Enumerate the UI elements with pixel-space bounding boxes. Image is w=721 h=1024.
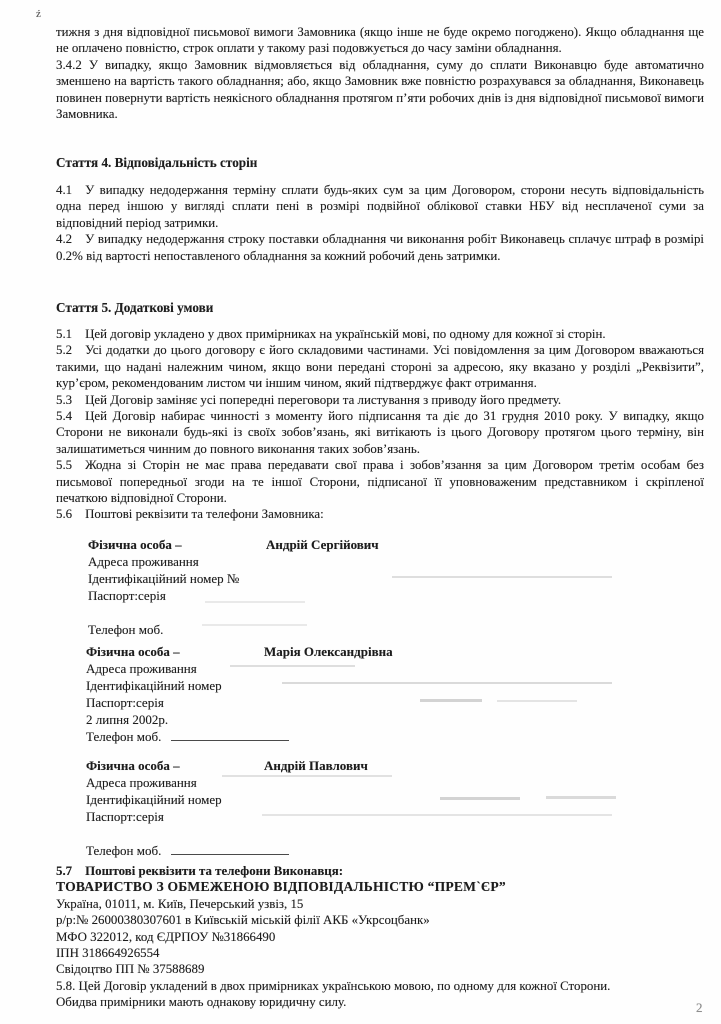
person-name: Андрій Павлович bbox=[264, 758, 368, 773]
contractor-mfo-edrpou: МФО 322012, код ЄДРПОУ №31866490 bbox=[56, 929, 704, 945]
person-header: Фізична особа –Марія Олександрівна bbox=[86, 643, 676, 660]
clause-number: 5.7 bbox=[56, 864, 72, 878]
redaction-smudge bbox=[262, 814, 612, 816]
person-address-label: Адреса проживання bbox=[86, 660, 676, 677]
redaction-smudge bbox=[546, 796, 616, 799]
customer-individual-3: Фізична особа –Андрій Павлович Адреса пр… bbox=[86, 757, 676, 859]
contractor-company-name: ТОВАРИСТВО З ОБМЕЖЕНОЮ ВІДПОВІДАЛЬНІСТЮ … bbox=[56, 879, 704, 895]
clause-number: 5.4 bbox=[56, 409, 72, 423]
person-header: Фізична особа –Андрій Сергійович bbox=[88, 536, 678, 553]
scanned-contract-page-2: ź тижня з дня відповідної письмової вимо… bbox=[0, 0, 721, 1024]
redaction-smudge bbox=[440, 797, 520, 800]
page-number: 2 bbox=[696, 1000, 703, 1016]
contractor-address: Україна, 01011, м. Київ, Печерський узві… bbox=[56, 896, 704, 912]
redaction-smudge bbox=[222, 775, 392, 777]
clause-text: Поштові реквізити та телефони Замовника: bbox=[85, 507, 324, 521]
redaction-smudge bbox=[205, 601, 305, 603]
person-phone-label: Телефон моб. bbox=[86, 843, 161, 858]
clause-5-5: 5.5Жодна зі Сторін не має права передава… bbox=[56, 457, 704, 506]
clause-text: Поштові реквізити та телефони Виконавця: bbox=[85, 864, 343, 878]
clause-4-2: 4.2У випадку недодержання строку поставк… bbox=[56, 231, 704, 264]
contractor-requisites: 5.7Поштові реквізити та телефони Виконав… bbox=[56, 863, 704, 1011]
redaction-smudge bbox=[392, 576, 612, 578]
person-phone-label: Телефон моб. bbox=[88, 622, 163, 637]
contractor-certificate: Свідоцтво ПП № 37588689 bbox=[56, 961, 704, 977]
contractor-bank-account: р/р:№ 26000380307601 в Київській міській… bbox=[56, 912, 704, 928]
article-4-heading: Стаття 4. Відповідальність сторін bbox=[56, 154, 257, 171]
clause-number: 5.1 bbox=[56, 327, 72, 341]
clause-number: 5.3 bbox=[56, 393, 72, 407]
person-header: Фізична особа –Андрій Павлович bbox=[86, 757, 676, 774]
article-4-body: 4.1У випадку недодержання терміну сплати… bbox=[56, 182, 704, 264]
clause-number: 4.2 bbox=[56, 232, 72, 246]
person-idnumber-label: Ідентифікаційний номер № bbox=[88, 570, 678, 587]
redaction-smudge bbox=[230, 665, 355, 667]
contractor-ipn: ІПН 318664926554 bbox=[56, 945, 704, 961]
clause-text: Цей договір укладено у двох примірниках … bbox=[85, 327, 606, 341]
person-idnumber-label: Ідентифікаційний номер bbox=[86, 791, 676, 808]
clause-text: У випадку недодержання строку поставки о… bbox=[56, 232, 704, 262]
article-5-body: 5.1Цей договір укладено у двох примірник… bbox=[56, 326, 704, 523]
clause-number: 5.6 bbox=[56, 507, 72, 521]
clause-text: Цей Договір набирає чинності з моменту й… bbox=[56, 409, 704, 456]
person-type-label: Фізична особа – bbox=[86, 643, 264, 660]
clause-text: Жодна зі Сторін не має права передавати … bbox=[56, 458, 704, 505]
clause-5-4: 5.4Цей Договір набирає чинності з момент… bbox=[56, 408, 704, 457]
person-idnumber-label: Ідентифікаційний номер bbox=[86, 677, 676, 694]
article-5-heading: Стаття 5. Додаткові умови bbox=[56, 299, 213, 316]
person-phone-label: Телефон моб. bbox=[86, 729, 161, 744]
clause-4-1: 4.1У випадку недодержання терміну сплати… bbox=[56, 182, 704, 231]
clause-text: Усі додатки до цього договору є його скл… bbox=[56, 343, 704, 390]
clause-5-8: 5.8. Цей Договір укладений в двох примір… bbox=[56, 978, 648, 1011]
person-phone-row: Телефон моб. bbox=[86, 728, 676, 745]
person-name: Андрій Сергійович bbox=[266, 537, 379, 552]
clause-5-2: 5.2Усі додатки до цього договору є його … bbox=[56, 342, 704, 391]
person-passport-label: Паспорт:серія bbox=[86, 808, 676, 825]
scan-artifact-mark: ź bbox=[36, 8, 41, 20]
blank-row bbox=[86, 825, 676, 842]
phone-blank-line bbox=[171, 730, 289, 741]
person-type-label: Фізична особа – bbox=[86, 757, 264, 774]
clause-3-4-1-tail: тижня з дня відповідної письмової вимоги… bbox=[56, 24, 704, 57]
customer-individual-1: Фізична особа –Андрій Сергійович Адреса … bbox=[88, 536, 678, 638]
clause-text: Цей Договір заміняє усі попередні перего… bbox=[85, 393, 561, 407]
customer-individual-2: Фізична особа –Марія Олександрівна Адрес… bbox=[86, 643, 676, 745]
person-name: Марія Олександрівна bbox=[264, 644, 393, 659]
person-passport-label: Паспорт:серія bbox=[86, 694, 676, 711]
person-type-label: Фізична особа – bbox=[88, 536, 266, 553]
clause-5-1: 5.1Цей договір укладено у двох примірник… bbox=[56, 326, 704, 342]
person-passport-label: Паспорт:серія bbox=[88, 587, 678, 604]
clause-3-4-2: 3.4.2 У випадку, якщо Замовник відмовляє… bbox=[56, 57, 704, 123]
clause-5-7: 5.7Поштові реквізити та телефони Виконав… bbox=[56, 863, 704, 879]
clause-5-3: 5.3Цей Договір заміняє усі попередні пер… bbox=[56, 392, 704, 408]
clause-3-4-continuation: тижня з дня відповідної письмової вимоги… bbox=[56, 24, 704, 122]
clause-text: У випадку недодержання терміну сплати бу… bbox=[56, 183, 704, 230]
person-phone-row: Телефон моб. bbox=[88, 621, 678, 638]
clause-number: 5.2 bbox=[56, 343, 72, 357]
clause-5-6: 5.6Поштові реквізити та телефони Замовни… bbox=[56, 506, 704, 522]
person-address-label: Адреса проживання bbox=[88, 553, 678, 570]
clause-number: 4.1 bbox=[56, 183, 72, 197]
person-phone-row: Телефон моб. bbox=[86, 842, 676, 859]
redaction-smudge bbox=[202, 624, 307, 626]
blank-row bbox=[88, 604, 678, 621]
redaction-smudge bbox=[497, 700, 577, 702]
redaction-smudge bbox=[420, 699, 482, 702]
redaction-smudge bbox=[282, 682, 612, 684]
phone-blank-line bbox=[171, 844, 289, 855]
clause-number: 5.5 bbox=[56, 458, 72, 472]
person-passport-date: 2 липня 2002р. bbox=[86, 711, 676, 728]
